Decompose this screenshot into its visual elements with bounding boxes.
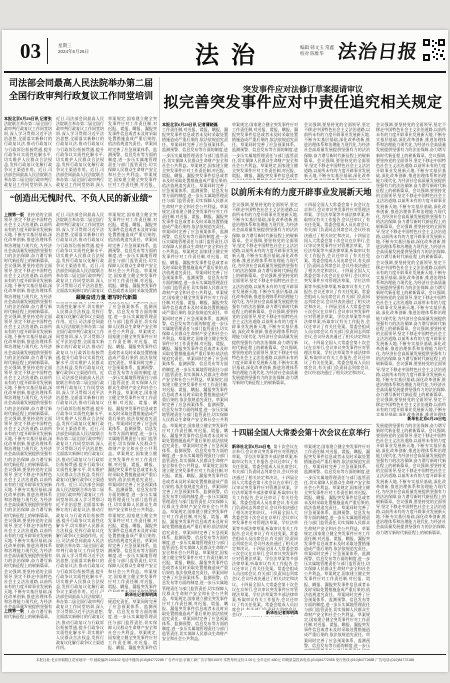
main-article-column-3: 会议强调,要坚持党的全面领导,坚定不移走中国特色社会主义法治道路,以前所未有的力… [304,122,370,180]
article-a-headline: 司法部会同最高人民法院举办第二届 全国行政审判行政复议工作同堂培训 [4,77,158,103]
article-d-dateline: 新华社北京6月25日电 [232,444,274,449]
header-rule [4,71,446,73]
article-b-continued-label-2: 上接第一版 [4,608,28,613]
article-d-column-2: 草案规定,国家建立健全突发事件应对工作责任制,对迟报、谎报、瞒报、漏报突发事件信… [304,444,370,650]
article-b-continued-label: 上接第一版 [4,212,28,217]
article-a-headline-line1: 司法部会同最高人民法院举办第二届 [4,77,158,90]
article-d-column-1: 十四届全国人大常委会第十次会议在京举行,会议审议突发事件应对管理法草案、学位法草… [232,444,298,650]
qr-code-icon [422,38,446,62]
article-a-headline-line2: 全国行政审判行政复议工作同堂培训 [4,90,158,103]
footer-imprint: 本报社址:北京市朝阳区花家地甲一号 邮政编码:100102 电话中继线:(010… [8,658,442,663]
article-a-column-1: 近日,司法部会同最高人民法院联合举办第二届全国行政审判行政复议工作同堂培训,深入… [4,116,52,188]
article-a-dateline: 本报北京6月25日讯 记者张晨 [4,116,52,121]
staff-credits: 编辑 韩文玉 常鑫 校对 陈维华 [300,45,334,57]
article-c-top-rule [230,182,372,183]
newspaper-page-screenshot: { "colors": {"paper":"#fcfcfa","backgrou… [0,0,450,683]
masthead-logo: 法治日报 [336,37,420,64]
main-article-column-2: 草案规定,国家建立健全突发事件应对工作责任制,对迟报、谎报、瞒报、漏报突发事件信… [232,122,298,180]
newspaper-page: 03 星期三 2024年6月26日 法治 编辑 韩文玉 常鑫 校对 陈维华 法治… [2,30,448,672]
right-edge-column: 会议强调,要坚持党的全面领导,坚定不移走中国特色社会主义法治道路,以前所未有的力… [376,122,446,650]
right-column-signature: 新华社北京6月25日电 [376,416,446,422]
column-rule [159,77,160,650]
article-b-column-1: 会议强调,要坚持党的全面领导,坚定不移走中国特色社会主义法治道路,以前所未有的力… [4,212,52,650]
article-c-column-1: 会议强调,要坚持党的全面领导,坚定不移走中国特色社会主义法治道路,以前所未有的力… [232,202,298,422]
article-c-headline: 以前所未有的力度开辟事业发展新天地 [230,186,372,198]
main-article-column-1: 草案规定,国家建立健全突发事件应对工作责任制,对迟报、谎报、瞒报、漏报突发事件信… [162,122,228,650]
main-article-dateline: 本报北京6月25日讯 记者蒲晓磊 [162,122,228,127]
article-c-column-2: 十四届全国人大常委会第十次会议在京举行,会议审议突发事件应对管理法草案、学位法草… [304,202,370,422]
article-b-headline: “创造出无愧时代、不负人民的新业绩” [4,194,158,204]
article-b-column-3: 草案规定,国家建立健全突发事件应对工作责任制,对迟报、谎报、瞒报、漏报突发事件信… [108,212,157,650]
footer-rule [4,654,446,655]
article-b-column-2: 近日,司法部会同最高人民法院联合举办第二届全国行政审判行政复议工作同堂培训,深入… [56,212,104,650]
article-d-headline: 十四届全国人大常委会第十次会议在京举行 [230,428,372,438]
article-b-signature: 新华社记者郑明鸿 [102,592,157,598]
proofreader-credit: 校对 陈维华 [300,51,334,57]
left-divider [4,190,157,191]
main-article-headline: 拟完善突发事件应对中责任追究相关规定 [160,94,446,112]
article-a-column-3: 草案规定,国家建立健全突发事件应对工作责任制,对迟报、谎报、瞒报、漏报突发事件信… [108,116,157,188]
article-b-crosshead: 凝聚奋进力量 谱写时代新篇 [56,294,157,302]
article-d-signature: 新华社记者郑明鸿 [242,610,298,616]
article-d-top-rule [230,424,372,425]
article-a-column-2: 近日,司法部会同最高人民法院联合举办第二届全国行政审判行政复议工作同堂培训,深入… [56,116,104,188]
